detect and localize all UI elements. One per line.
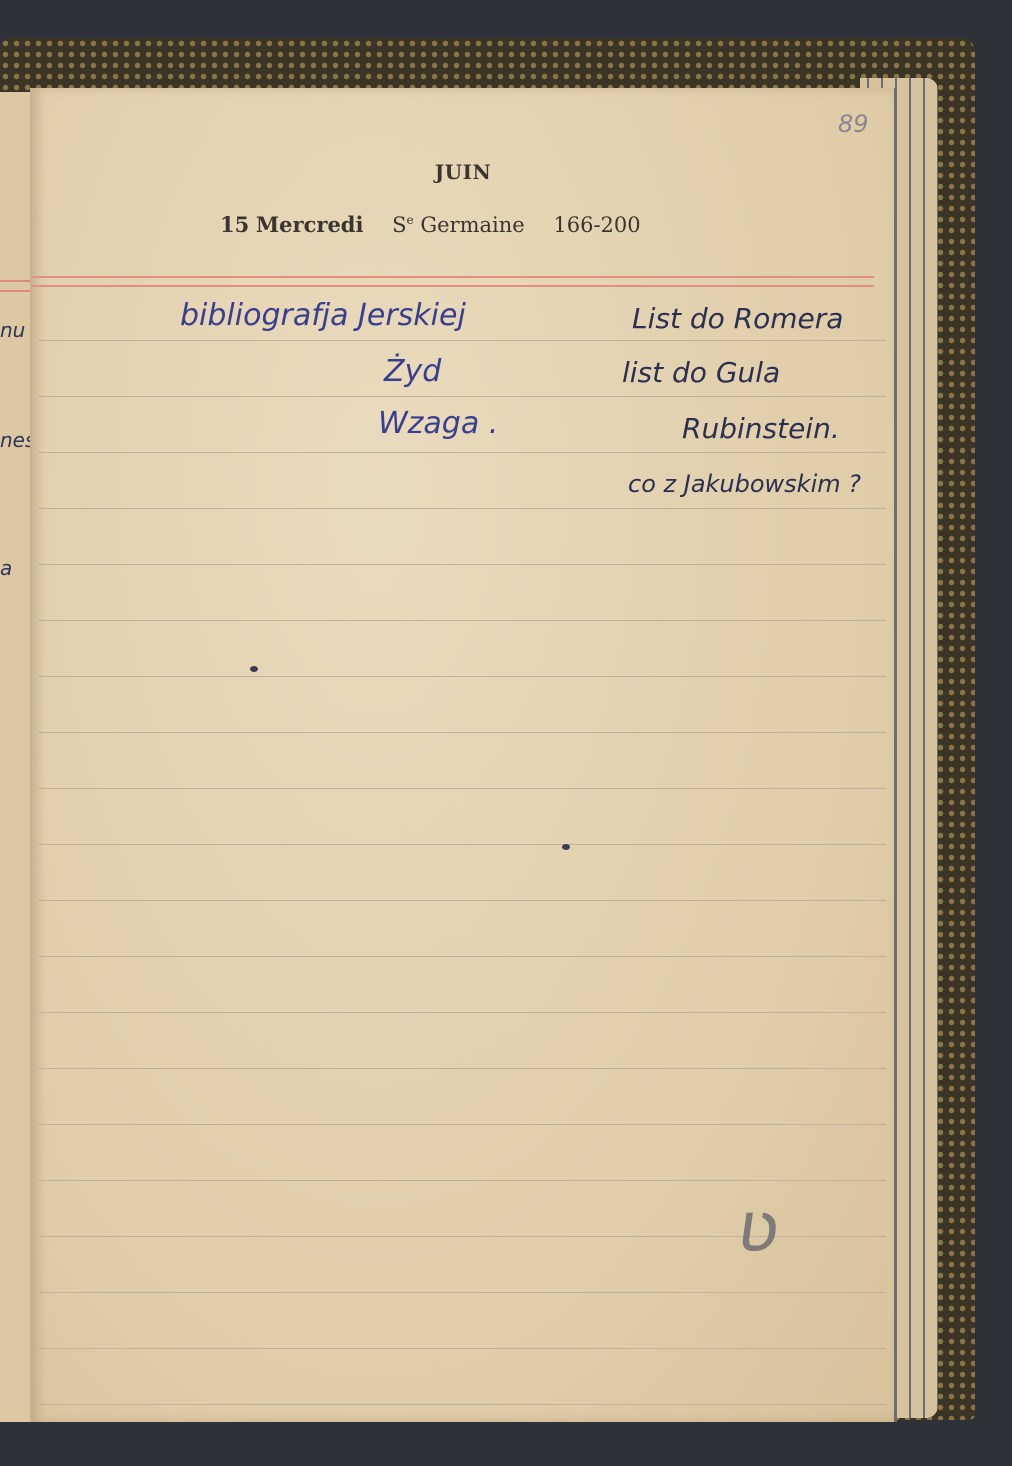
ruled-line	[38, 676, 886, 677]
saint-prefix: S	[392, 213, 406, 237]
left-page-fragment: nu	[0, 318, 25, 342]
ruled-line	[38, 1348, 886, 1349]
ruled-line	[38, 732, 886, 733]
ruled-line	[38, 1180, 886, 1181]
ink-spot	[250, 666, 258, 672]
ruled-line	[38, 620, 886, 621]
ruled-line	[38, 1404, 886, 1405]
ruled-line	[38, 956, 886, 957]
saint-suffix: e	[407, 213, 414, 227]
left-page-fragment: a	[0, 556, 12, 580]
weekday: Mercredi	[256, 212, 364, 237]
ruled-line	[38, 340, 886, 341]
ruled-line	[38, 1124, 886, 1125]
ruled-line	[38, 1012, 886, 1013]
date-line: 15 Mercredi Se Germaine 166-200	[220, 212, 641, 237]
ruled-line	[38, 1292, 886, 1293]
handwritten-entry: list do Gula	[622, 356, 780, 389]
handwritten-entry: co z Jakubowskim ?	[628, 470, 861, 498]
ruled-line	[38, 508, 886, 509]
handwritten-entry: Żyd	[384, 354, 441, 389]
ruled-line	[38, 452, 886, 453]
diary-page: 89 JUIN 15 Mercredi Se Germaine 166-200 …	[30, 88, 897, 1422]
folio-number: 89	[838, 110, 869, 138]
ink-spot	[562, 844, 570, 850]
month-heading: JUIN	[32, 160, 894, 184]
handwritten-entry: bibliografja Jerskiej	[180, 298, 466, 333]
ruled-line	[38, 564, 886, 565]
day-number: 15	[220, 212, 249, 237]
saint-of-day: Se Germaine	[392, 213, 525, 237]
ruled-line	[38, 844, 886, 845]
handwritten-entry: List do Romera	[632, 302, 843, 335]
saint-name: Germaine	[420, 213, 524, 237]
ruled-line	[38, 1068, 886, 1069]
red-margin-rule-top	[32, 276, 874, 278]
handwritten-entry: Wzaga .	[378, 406, 498, 441]
handwritten-entry: Rubinstein.	[682, 412, 840, 445]
ruled-line	[38, 788, 886, 789]
pencil-mark: ʋ	[732, 1186, 785, 1268]
ruled-line	[38, 396, 886, 397]
red-margin-rule-bottom	[32, 285, 874, 287]
day-count: 166-200	[553, 213, 640, 237]
ruled-line	[38, 900, 886, 901]
